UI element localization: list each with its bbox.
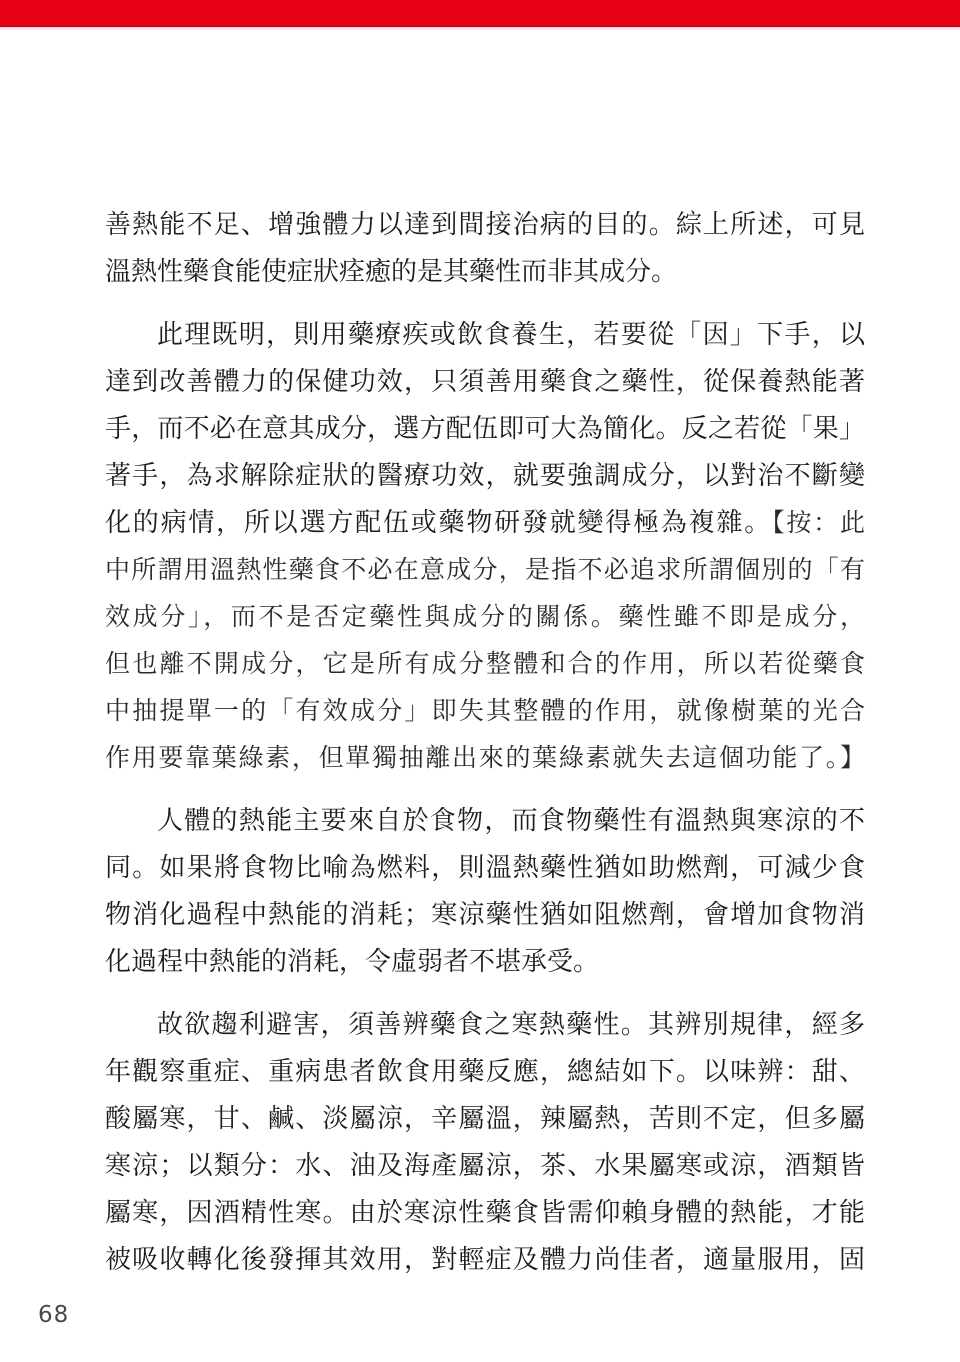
book-page: 善熱能不足、增強體力以達到間接治病的目的。綜上所述，可見溫熱性藥食能使症狀痊癒的… <box>0 0 960 1362</box>
text-segment: 作用要靠葉綠素，但單獨抽離出來的葉綠素就失去這個功能了。】 <box>105 745 865 772</box>
text-line: 屬寒，因酒精性寒。由於寒涼性藥食皆需仰賴身體的熱能，才能 <box>105 1189 865 1236</box>
text-line: 人體的熱能主要來自於食物，而食物藥性有溫熱與寒涼的不 <box>105 797 865 844</box>
text-line: 效成分」，而不是否定藥性與成分的關係。藥性雖不即是成分， <box>105 593 865 640</box>
text-segment: 寒涼；以類分：水、油及海產屬涼，茶、水果屬寒或涼，酒類皆 <box>105 1150 865 1180</box>
text-line: 達到改善體力的保健功效，只須善用藥食之藥性，從保養熱能著 <box>105 358 865 405</box>
text-segment: 屬寒，因酒精性寒。由於寒涼性藥食皆需仰賴身體的熱能，才能 <box>105 1197 865 1227</box>
text-line: 溫熱性藥食能使症狀痊癒的是其藥性而非其成分。 <box>105 248 865 295</box>
text-segment: 善熱能不足、增強體力以達到間接治病的目的。綜上所述，可見 <box>105 209 865 239</box>
text-line: 手，而不必在意其成分，選方配伍即可大為簡化。反之若從「果」 <box>105 405 865 452</box>
paragraph: 人體的熱能主要來自於食物，而食物藥性有溫熱與寒涼的不同。如果將食物比喻為燃料，則… <box>105 797 865 985</box>
text-line: 著手，為求解除症狀的醫療功效，就要強調成分，以對治不斷變 <box>105 452 865 499</box>
body-text: 善熱能不足、增強體力以達到間接治病的目的。綜上所述，可見溫熱性藥食能使症狀痊癒的… <box>105 201 865 1283</box>
text-line: 年觀察重症、重病患者飲食用藥反應，總結如下。以味辨：甜、 <box>105 1048 865 1095</box>
text-segment: 被吸收轉化後發揮其效用，對輕症及體力尚佳者，適量服用，固 <box>105 1244 865 1274</box>
text-line: 但也離不開成分，它是所有成分整體和合的作用，所以若從藥食 <box>105 640 865 687</box>
text-line: 故欲趨利避害，須善辨藥食之寒熱藥性。其辨別規律，經多 <box>105 1001 865 1048</box>
text-segment: 中抽提單一的「有效成分」即失其整體的作用，就像樹葉的光合 <box>105 698 865 725</box>
text-segment: 化過程中熱能的消耗，令虛弱者不堪承受。 <box>105 946 599 976</box>
text-line: 酸屬寒，甘、鹹、淡屬涼，辛屬溫，辣屬熱，苦則不定，但多屬 <box>105 1095 865 1142</box>
text-segment: 效成分」，而不是否定藥性與成分的關係。藥性雖不即是成分， <box>105 604 865 631</box>
text-line: 化的病情，所以選方配伍或藥物研發就變得極為複雜。【按：此 <box>105 499 865 546</box>
text-line: 善熱能不足、增強體力以達到間接治病的目的。綜上所述，可見 <box>105 201 865 248</box>
text-segment: 物消化過程中熱能的消耗；寒涼藥性猶如阻燃劑，會增加食物消 <box>105 899 865 929</box>
text-line: 寒涼；以類分：水、油及海產屬涼，茶、水果屬寒或涼，酒類皆 <box>105 1142 865 1189</box>
text-line: 物消化過程中熱能的消耗；寒涼藥性猶如阻燃劑，會增加食物消 <box>105 891 865 938</box>
text-segment: 年觀察重症、重病患者飲食用藥反應，總結如下。以味辨：甜、 <box>105 1056 865 1086</box>
text-line: 作用要靠葉綠素，但單獨抽離出來的葉綠素就失去這個功能了。】 <box>105 734 865 781</box>
text-line: 同。如果將食物比喻為燃料，則溫熱藥性猶如助燃劑，可減少食 <box>105 844 865 891</box>
text-segment: 故欲趨利避害，須善辨藥食之寒熱藥性。其辨別規律，經多 <box>157 1009 865 1039</box>
text-segment: 化的病情，所以選方配伍或藥物研發就變得極為複雜。 <box>105 507 772 537</box>
red-accent-bar <box>0 0 960 27</box>
text-line: 此理既明，則用藥療疾或飲食養生，若要從「因」下手，以 <box>105 311 865 358</box>
page-number: 68 <box>38 1300 69 1330</box>
paragraph: 此理既明，則用藥療疾或飲食養生，若要從「因」下手，以達到改善體力的保健功效，只須… <box>105 311 865 781</box>
text-line: 中所謂用溫熱性藥食不必在意成分，是指不必追求所謂個別的「有 <box>105 546 865 593</box>
text-segment: 人體的熱能主要來自於食物，而食物藥性有溫熱與寒涼的不 <box>157 805 865 835</box>
text-segment: 達到改善體力的保健功效，只須善用藥食之藥性，從保養熱能著 <box>105 366 865 396</box>
text-segment: 但也離不開成分，它是所有成分整體和合的作用，所以若從藥食 <box>105 651 865 678</box>
paragraph: 故欲趨利避害，須善辨藥食之寒熱藥性。其辨別規律，經多年觀察重症、重病患者飲食用藥… <box>105 1001 865 1283</box>
text-line: 中抽提單一的「有效成分」即失其整體的作用，就像樹葉的光合 <box>105 687 865 734</box>
text-segment: 中所謂用溫熱性藥食不必在意成分，是指不必追求所謂個別的「有 <box>105 557 865 584</box>
text-line: 被吸收轉化後發揮其效用，對輕症及體力尚佳者，適量服用，固 <box>105 1236 865 1283</box>
text-segment: 此理既明，則用藥療疾或飲食養生，若要從「因」下手，以 <box>157 319 865 349</box>
text-segment: 酸屬寒，甘、鹹、淡屬涼，辛屬溫，辣屬熱，苦則不定，但多屬 <box>105 1103 865 1133</box>
text-segment: 手，而不必在意其成分，選方配伍即可大為簡化。反之若從「果」 <box>105 413 865 443</box>
text-segment: 【按：此 <box>772 510 865 537</box>
paragraph: 善熱能不足、增強體力以達到間接治病的目的。綜上所述，可見溫熱性藥食能使症狀痊癒的… <box>105 201 865 295</box>
text-line: 化過程中熱能的消耗，令虛弱者不堪承受。 <box>105 938 865 985</box>
text-segment: 著手，為求解除症狀的醫療功效，就要強調成分，以對治不斷變 <box>105 460 865 490</box>
text-segment: 同。如果將食物比喻為燃料，則溫熱藥性猶如助燃劑，可減少食 <box>105 852 865 882</box>
text-segment: 溫熱性藥食能使症狀痊癒的是其藥性而非其成分。 <box>105 256 677 286</box>
